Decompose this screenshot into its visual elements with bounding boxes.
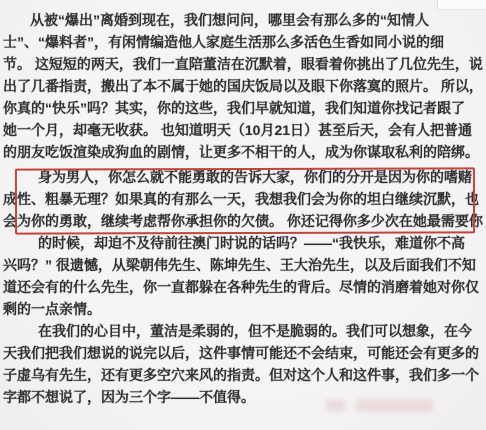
paragraph-2: 身为男人，你怎么就不能勇敢的告诉大家，你们的分开是因为你的嗜赌 成性、粗暴无理？… bbox=[3, 166, 481, 320]
text-line: 出了几番指责，搬出了本不属于她的国庆饭局以及眼下你落寞的照片。 所以， bbox=[3, 75, 481, 97]
blurred-watermark bbox=[326, 399, 433, 412]
text-line: 身为男人，你怎么就不能勇敢的告诉大家，你们的分开是因为你的嗜赌 bbox=[3, 166, 481, 188]
text-line: 成性、粗暴无理？如果真的有那么一天，我想我们会为你的坦白继续沉默，也 bbox=[3, 188, 481, 210]
watermark-blob bbox=[326, 399, 345, 412]
text-line: 她一个月，却毫无收获。 也知道明天（10月21日）甚至后天，会有人把普通 bbox=[3, 119, 481, 141]
text-line: 的时候，却迫不及待前往澳门时说的话吗？——“我快乐，难道你不高 bbox=[3, 232, 481, 254]
text-line: 从被“爆出”离婚到现在，我们想问问，哪里会有那么多的“知情人 bbox=[3, 9, 481, 31]
text-line: 会为你的勇敢，继续考虑帮你承担你的欠债。 你还记得你多少次在她最需要你 bbox=[3, 210, 481, 232]
text-line: 天我们把我们想说的说完以后，这件事情可能还不会结束，可能还会有更多的 bbox=[3, 342, 481, 364]
paragraph-3: 在我们的心目中，董洁是柔弱的，但不是脆弱的。我们可以想象，在今 天我们把我们想说… bbox=[3, 320, 481, 408]
text-line: 士”、“爆料者”，有闲情编造他人家庭生活那么多活色生香如同小说的细 bbox=[3, 31, 481, 53]
text-line: 剩的一点亲情。 bbox=[3, 298, 481, 320]
text-line: 兴吗？” 很遗憾，从梁朝伟先生、陈坤先生、王大治先生，以及后面我们不知 bbox=[3, 254, 481, 276]
watermark-blob bbox=[356, 399, 433, 412]
text-line: 节。 这短短的两天，我们一直陪董洁在沉默着，眼看着你挑出了几位先生，说 bbox=[3, 53, 481, 75]
text-line: 的朋友吃饭渲染成狗血的剧情，让更多不相干的人，成为你谋取私利的陪绑。 bbox=[3, 141, 481, 163]
paragraph-1: 从被“爆出”离婚到现在，我们想问问，哪里会有那么多的“知情人 士”、“爆料者”，… bbox=[3, 9, 481, 163]
text-line: 你真的“快乐”吗？其实，你的这些，我们早就知道，我们知道你找记者跟了 bbox=[3, 97, 481, 119]
text-line: 子虚乌有先生，还有更多空穴来风的指责。但对这个人和这件事，我们多一个 bbox=[3, 364, 481, 386]
text-line: 在我们的心目中，董洁是柔弱的，但不是脆弱的。我们可以想象，在今 bbox=[3, 320, 481, 342]
text-line: 道还会有的什么先生，你一直都躲在各种先生的背后。尽情的消磨着她对你仅 bbox=[3, 276, 481, 298]
statement-photo: 从被“爆出”离婚到现在，我们想问问，哪里会有那么多的“知情人 士”、“爆料者”，… bbox=[0, 0, 486, 430]
statement-text: 从被“爆出”离婚到现在，我们想问问，哪里会有那么多的“知情人 士”、“爆料者”，… bbox=[3, 9, 481, 408]
